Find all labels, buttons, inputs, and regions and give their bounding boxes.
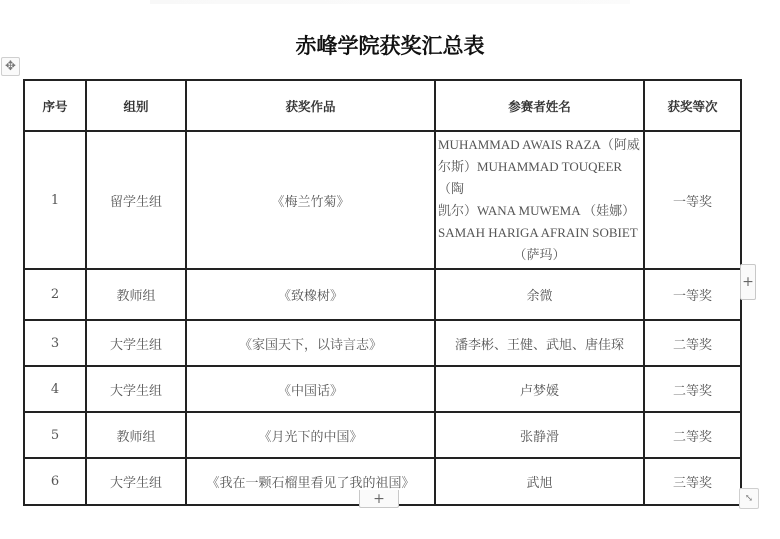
table-move-handle[interactable]: ✥ <box>1 57 20 76</box>
participant-line: 凯尔）WANA MUWEMA （娃娜） <box>438 200 641 222</box>
table-resize-handle[interactable]: ⤡ <box>739 488 759 509</box>
header-work: 获奖作品 <box>186 80 435 131</box>
cell-index[interactable]: 4 <box>24 366 86 412</box>
plus-icon: + <box>373 491 385 507</box>
awards-table: 序号 组别 获奖作品 参赛者姓名 获奖等次 1 留学生组 《梅兰竹菊》 MUHA… <box>23 79 742 506</box>
table-row: 1 留学生组 《梅兰竹菊》 MUHAMMAD AWAIS RAZA（阿威 尔斯）… <box>24 131 741 269</box>
cell-group[interactable]: 大学生组 <box>86 366 186 412</box>
cell-award[interactable]: 三等奖 <box>644 458 741 505</box>
cell-work[interactable]: 《家国天下，以诗言志》 <box>186 320 435 366</box>
move-icon: ✥ <box>5 59 16 74</box>
cell-participants[interactable]: 潘李彬、王健、武旭、唐佳琛 <box>435 320 644 366</box>
table-header-row: 序号 组别 获奖作品 参赛者姓名 获奖等次 <box>24 80 741 131</box>
cell-award[interactable]: 一等奖 <box>644 131 741 269</box>
participant-line: MUHAMMAD AWAIS RAZA（阿威 <box>438 134 641 156</box>
participant-line: 尔斯）MUHAMMAD TOUQEER （陶 <box>438 156 641 200</box>
cell-index[interactable]: 5 <box>24 412 86 458</box>
cell-participants[interactable]: 余微 <box>435 269 644 320</box>
cell-participants[interactable]: MUHAMMAD AWAIS RAZA（阿威 尔斯）MUHAMMAD TOUQE… <box>435 131 644 269</box>
participant-line: （萨玛） <box>438 244 641 266</box>
cell-participants[interactable]: 武旭 <box>435 458 644 505</box>
document-title: 赤峰学院获奖汇总表 <box>0 30 780 60</box>
cell-work[interactable]: 《中国话》 <box>186 366 435 412</box>
table-row: 3 大学生组 《家国天下，以诗言志》 潘李彬、王健、武旭、唐佳琛 二等奖 <box>24 320 741 366</box>
cell-award[interactable]: 二等奖 <box>644 412 741 458</box>
header-participants: 参赛者姓名 <box>435 80 644 131</box>
table-row: 5 教师组 《月光下的中国》 张静滑 二等奖 <box>24 412 741 458</box>
cell-index[interactable]: 3 <box>24 320 86 366</box>
header-award: 获奖等次 <box>644 80 741 131</box>
cell-award[interactable]: 二等奖 <box>644 320 741 366</box>
cell-group[interactable]: 大学生组 <box>86 320 186 366</box>
cell-work[interactable]: 《梅兰竹菊》 <box>186 131 435 269</box>
add-row-button[interactable]: + <box>359 490 399 508</box>
header-index: 序号 <box>24 80 86 131</box>
table-row: 4 大学生组 《中国话》 卢梦媛 二等奖 <box>24 366 741 412</box>
cell-group[interactable]: 留学生组 <box>86 131 186 269</box>
faint-header-remnant <box>150 0 630 4</box>
cell-participants[interactable]: 卢梦媛 <box>435 366 644 412</box>
table-row: 2 教师组 《致橡树》 余微 一等奖 <box>24 269 741 320</box>
cell-group[interactable]: 大学生组 <box>86 458 186 505</box>
cell-index[interactable]: 1 <box>24 131 86 269</box>
cell-award[interactable]: 二等奖 <box>644 366 741 412</box>
cell-work[interactable]: 《月光下的中国》 <box>186 412 435 458</box>
cell-award[interactable]: 一等奖 <box>644 269 741 320</box>
header-group: 组别 <box>86 80 186 131</box>
add-column-button[interactable]: + <box>740 264 756 300</box>
cell-index[interactable]: 2 <box>24 269 86 320</box>
cell-group[interactable]: 教师组 <box>86 269 186 320</box>
plus-icon: + <box>742 274 754 290</box>
resize-icon: ⤡ <box>745 493 753 504</box>
participant-line: SAMAH HARIGA AFRAIN SOBIET <box>438 222 641 244</box>
cell-index[interactable]: 6 <box>24 458 86 505</box>
cell-group[interactable]: 教师组 <box>86 412 186 458</box>
cell-work[interactable]: 《致橡树》 <box>186 269 435 320</box>
cell-participants[interactable]: 张静滑 <box>435 412 644 458</box>
